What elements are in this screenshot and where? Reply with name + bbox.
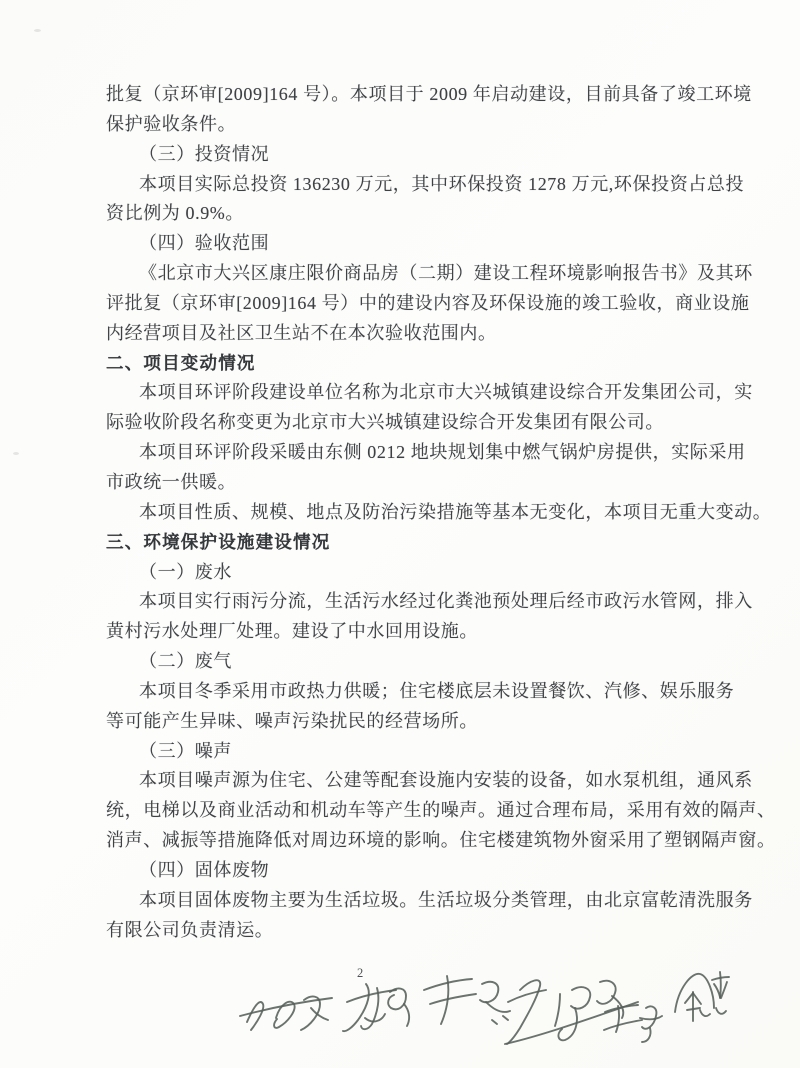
signature-5-stroke bbox=[642, 1028, 651, 1042]
signature-2-stroke bbox=[404, 1004, 409, 1026]
signature-1-stroke bbox=[247, 1002, 263, 1030]
signature-4-stroke bbox=[508, 990, 546, 1002]
signature-3-stroke bbox=[480, 982, 498, 1002]
signature-2-stroke bbox=[388, 989, 406, 1010]
signature-6-stroke bbox=[675, 974, 714, 1012]
signature-6-stroke bbox=[721, 982, 727, 998]
signature-5-stroke bbox=[642, 1006, 656, 1028]
signature-3-stroke bbox=[503, 1016, 508, 1020]
signature-6-stroke bbox=[716, 1008, 726, 1014]
signature-3-stroke bbox=[492, 1020, 497, 1024]
signature-3-stroke bbox=[430, 994, 476, 1004]
signature-5-stroke bbox=[640, 1016, 662, 1019]
handwritten-signatures bbox=[0, 0, 800, 1068]
signature-6-stroke bbox=[714, 984, 720, 997]
scanned-document-page: 批复（京环审[2009]164 号）。本项目于 2009 年启动建设，目前具备了… bbox=[0, 0, 800, 1068]
signature-4-stroke bbox=[597, 981, 616, 1004]
signature-4-stroke bbox=[507, 980, 540, 1044]
signature-2-stroke bbox=[343, 984, 369, 1031]
signature-4-stroke bbox=[571, 987, 590, 1008]
signature-6-stroke bbox=[687, 1008, 700, 1010]
signature-4-stroke bbox=[555, 994, 560, 1026]
signature-3-stroke bbox=[486, 1002, 510, 1012]
signature-5-stroke bbox=[604, 1020, 642, 1030]
signature-6-stroke bbox=[700, 1010, 710, 1016]
